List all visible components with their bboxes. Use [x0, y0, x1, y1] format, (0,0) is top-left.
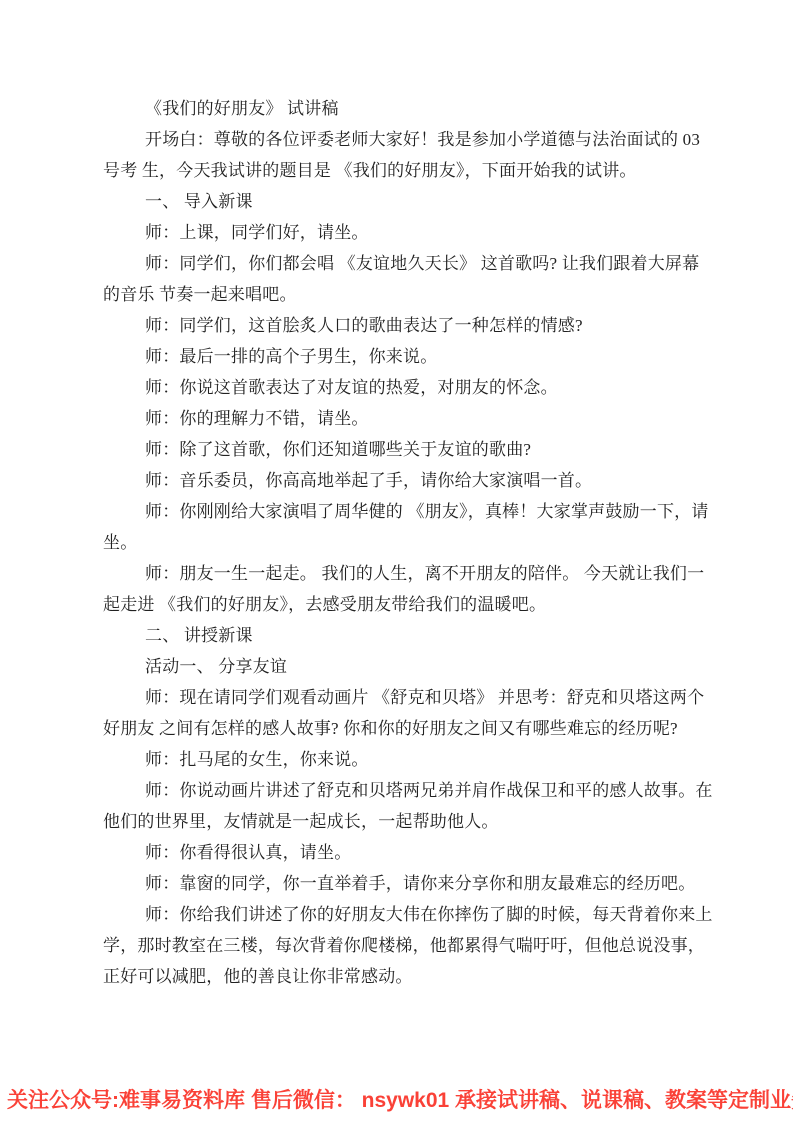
activity-heading-line: 活动一、 分享友谊 [103, 651, 692, 682]
text-line: 开场白：尊敬的各位评委老师大家好！我是参加小学道德与法治面试的 03 [103, 124, 692, 155]
text-line: 师：你给我们讲述了你的好朋友大伟在你摔伤了脚的时候，每天背着你来上 [103, 899, 692, 930]
text-line: 好朋友 之间有怎样的感人故事? 你和你的好朋友之间又有哪些难忘的经历呢? [103, 713, 692, 744]
text-line: 师：音乐委员，你高高地举起了手，请你给大家演唱一首。 [103, 465, 692, 496]
text-line: 师：你的理解力不错，请坐。 [103, 403, 692, 434]
text-line: 师：除了这首歌，你们还知道哪些关于友谊的歌曲? [103, 434, 692, 465]
text-line: 师：你看得很认真，请坐。 [103, 837, 692, 868]
text-line: 师：你刚刚给大家演唱了周华健的 《朋友》，真棒！大家掌声鼓励一下，请 [103, 496, 692, 527]
text-line: 师：同学们，这首脍炙人口的歌曲表达了一种怎样的情感? [103, 310, 692, 341]
text-line: 的音乐 节奏一起来唱吧。 [103, 279, 692, 310]
text-line: 起走进 《我们的好朋友》，去感受朋友带给我们的温暖吧。 [103, 589, 692, 620]
text-line: 学，那时教室在三楼，每次背着你爬楼梯，他都累得气喘吁吁，但他总说没事， [103, 930, 692, 961]
footer-promo: 关注公众号:难事易资料库 售后微信： nsywk01 承接试讲稿、说课稿、教案等… [7, 1087, 786, 1115]
text-line: 师：同学们，你们都会唱 《友谊地久天长》 这首歌吗? 让我们跟着大屏幕 [103, 248, 692, 279]
text-line: 他们的世界里，友情就是一起成长，一起帮助他人。 [103, 806, 692, 837]
text-line: 正好可以减肥，他的善良让你非常感动。 [103, 961, 692, 992]
text-line: 师：靠窗的同学，你一直举着手，请你来分享你和朋友最难忘的经历吧。 [103, 868, 692, 899]
text-line: 号考 生，今天我试讲的题目是 《我们的好朋友》，下面开始我的试讲。 [103, 155, 692, 186]
text-line: 师：朋友一生一起走。 我们的人生，离不开朋友的陪伴。 今天就让我们一 [103, 558, 692, 589]
text-line: 师：你说这首歌表达了对友谊的热爱，对朋友的怀念。 [103, 372, 692, 403]
document-page: 《我们的好朋友》 试讲稿开场白：尊敬的各位评委老师大家好！我是参加小学道德与法治… [0, 0, 793, 1122]
text-line: 师：最后一排的高个子男生，你来说。 [103, 341, 692, 372]
text-line: 坐。 [103, 527, 692, 558]
document-body: 《我们的好朋友》 试讲稿开场白：尊敬的各位评委老师大家好！我是参加小学道德与法治… [103, 93, 692, 992]
text-line: 师：你说动画片讲述了舒克和贝塔两兄弟并肩作战保卫和平的感人故事。在 [103, 775, 692, 806]
section-heading-line: 二、 讲授新课 [103, 620, 692, 651]
text-line: 师：上课，同学们好，请坐。 [103, 217, 692, 248]
section-heading-line: 一、 导入新课 [103, 186, 692, 217]
text-line: 师：现在请同学们观看动画片 《舒克和贝塔》 并思考：舒克和贝塔这两个 [103, 682, 692, 713]
document-title-line: 《我们的好朋友》 试讲稿 [103, 93, 692, 124]
text-line: 师：扎马尾的女生，你来说。 [103, 744, 692, 775]
